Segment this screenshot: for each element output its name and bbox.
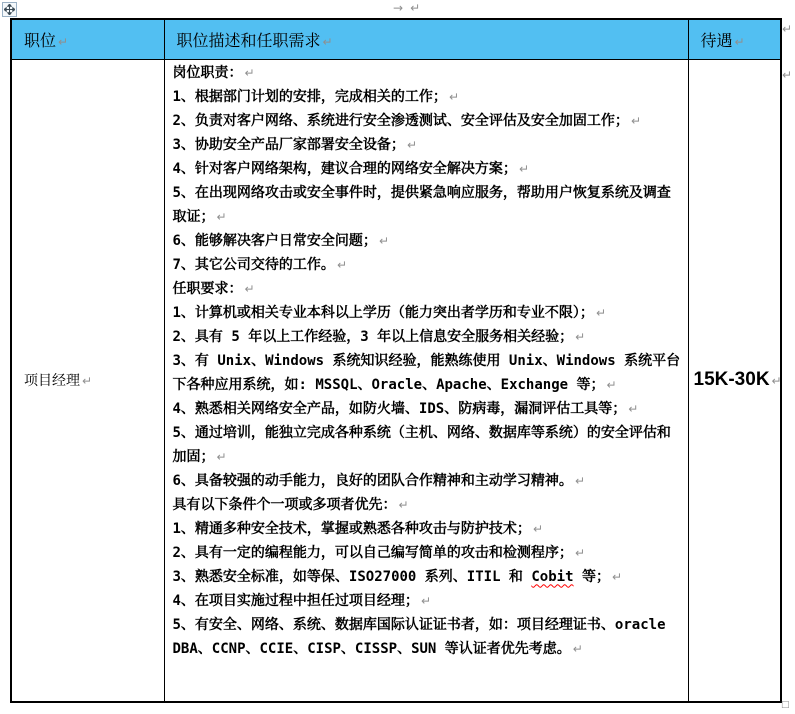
paragraph-text[interactable]: 1、根据部门计划的安排，完成相关的工作； xyxy=(173,89,447,105)
paragraph-mark: ↵ xyxy=(323,35,333,49)
paragraph-mark: ↵ xyxy=(772,374,782,388)
paragraph-mark-icon: ↵ xyxy=(410,1,420,15)
paragraph-mark: ↵ xyxy=(573,642,583,656)
description-paragraph[interactable]: 2、具有一定的编程能力，可以自己编写简单的攻击和检测程序；↵ xyxy=(173,541,682,565)
paragraph-mark: ↵ xyxy=(58,35,68,49)
paragraph-text[interactable]: 5、通过培训，能独立完成各种系统（主机、网络、数据库等系统）的安全评估和加固； xyxy=(173,425,671,465)
paragraph-mark: ↵ xyxy=(217,210,227,224)
paragraph-text[interactable]: 5、有安全、网络、系统、数据库国际认证证书者，如：项目经理证书、oracle D… xyxy=(173,617,666,657)
paragraph-text[interactable]: 2、具有 5 年以上工作经验，3 年以上信息安全服务相关经验； xyxy=(173,329,574,345)
description-paragraph[interactable]: 2、负责对客户网络、系统进行安全渗透测试、安全评估及安全加固工作；↵ xyxy=(173,109,682,133)
description-paragraph[interactable]: 1、计算机或相关专业本科以上学历（能力突出者学历和专业不限）；↵ xyxy=(173,301,682,325)
description-paragraph[interactable]: 3、有 Unix、Windows 系统知识经验，能熟练使用 Unix、Windo… xyxy=(173,349,682,397)
salary-cell[interactable]: 15K-30K↵ xyxy=(688,59,781,702)
paragraph-mark: ↵ xyxy=(217,450,227,464)
paragraph-mark: ↵ xyxy=(533,522,543,536)
header-cell-position[interactable]: 职位↵ xyxy=(11,19,164,59)
paragraph-text[interactable]: 4、熟悉相关网络安全产品，如防火墙、IDS、防病毒，漏洞评估工具等； xyxy=(173,401,627,417)
header-cell-description[interactable]: 职位描述和任职需求↵ xyxy=(164,19,688,59)
paragraph-text[interactable]: 具有以下条件个一项或多项者优先： xyxy=(173,497,397,513)
paragraph-text[interactable]: 1、精通多种安全技术，掌握或熟悉各种攻击与防护技术； xyxy=(173,521,531,537)
spellcheck-flagged-text[interactable]: Cobit xyxy=(531,569,573,585)
paragraph-mark: ↵ xyxy=(575,546,585,560)
paragraph-text[interactable]: 5、在出现网络攻击或安全事件时，提供紧急响应服务，帮助用户恢复系统及调查取证； xyxy=(173,185,671,225)
paragraph-text[interactable]: 3、有 Unix、Windows 系统知识经验，能熟练使用 Unix、Windo… xyxy=(173,353,681,393)
paragraph-mark: ↵ xyxy=(407,138,417,152)
description-paragraph[interactable]: 4、针对客户网络架构，建议合理的网络安全解决方案；↵ xyxy=(173,157,682,181)
end-of-row-mark: ↵ xyxy=(782,68,792,82)
paragraph-text[interactable]: 等； xyxy=(574,569,610,585)
job-description-table: 职位↵ 职位描述和任职需求↵ 待遇↵ 项目经理↵ 岗位职责：↵1、根据部门计划的… xyxy=(10,18,782,703)
description-paragraph-list: 岗位职责：↵1、根据部门计划的安排，完成相关的工作；↵2、负责对客户网络、系统进… xyxy=(173,61,682,661)
description-paragraph[interactable]: 4、熟悉相关网络安全产品，如防火墙、IDS、防病毒，漏洞评估工具等；↵ xyxy=(173,397,682,421)
description-paragraph[interactable]: 6、能够解决客户日常安全问题；↵ xyxy=(173,229,682,253)
tab-mark-icon: → xyxy=(393,1,403,15)
description-paragraph[interactable]: 6、具备较强的动手能力，良好的团队合作精神和主动学习精神。↵ xyxy=(173,469,682,493)
paragraph-text[interactable]: 6、能够解决客户日常安全问题； xyxy=(173,233,377,249)
description-paragraph[interactable]: 7、其它公司交待的工作。↵ xyxy=(173,253,682,277)
paragraph-mark: ↵ xyxy=(399,498,409,512)
description-paragraph[interactable]: 3、熟悉安全标准，如等保、ISO27000 系列、ITIL 和 Cobit 等；… xyxy=(173,565,682,589)
paragraph-text[interactable]: 3、协助安全产品厂家部署安全设备； xyxy=(173,137,405,153)
paragraph-text[interactable]: 岗位职责： xyxy=(173,65,243,81)
paragraph-mark: ↵ xyxy=(449,90,459,104)
description-cell[interactable]: 岗位职责：↵1、根据部门计划的安排，完成相关的工作；↵2、负责对客户网络、系统进… xyxy=(164,59,688,702)
paragraph-mark: ↵ xyxy=(519,162,529,176)
paragraph-mark: ↵ xyxy=(575,330,585,344)
document-page: →↵ 职位↵ 职位描述和任职需求↵ 待遇↵ 项目经理↵ 岗位职责：↵1、根据部门… xyxy=(0,0,795,714)
paragraph-text[interactable]: 4、针对客户网络架构，建议合理的网络安全解决方案； xyxy=(173,161,517,177)
paragraph-mark: ↵ xyxy=(631,114,641,128)
description-paragraph[interactable]: 任职要求：↵ xyxy=(173,277,682,301)
paragraph-text[interactable]: 7、其它公司交待的工作。 xyxy=(173,257,335,273)
description-paragraph[interactable]: 5、通过培训，能独立完成各种系统（主机、网络、数据库等系统）的安全评估和加固；↵ xyxy=(173,421,682,469)
move-arrows-icon xyxy=(4,4,15,15)
paragraph-mark: ↵ xyxy=(245,66,255,80)
end-of-row-mark: ↵ xyxy=(782,22,792,36)
paragraph-mark: ↵ xyxy=(337,258,347,272)
description-paragraph[interactable]: 1、根据部门计划的安排，完成相关的工作；↵ xyxy=(173,85,682,109)
paragraph-mark: ↵ xyxy=(735,35,745,49)
header-cell-salary[interactable]: 待遇↵ xyxy=(688,19,781,59)
paragraph-mark: ↵ xyxy=(596,306,606,320)
below-table-mark: □ xyxy=(781,700,790,710)
paragraph-mark: ↵ xyxy=(612,570,622,584)
paragraph-text[interactable]: 2、负责对客户网络、系统进行安全渗透测试、安全评估及安全加固工作； xyxy=(173,113,629,129)
header-position-label: 职位 xyxy=(24,33,56,50)
paragraph-mark: ↵ xyxy=(421,594,431,608)
position-cell[interactable]: 项目经理↵ xyxy=(11,59,164,702)
paragraph-text[interactable]: 6、具备较强的动手能力，良好的团队合作精神和主动学习精神。 xyxy=(173,473,573,489)
description-paragraph[interactable]: 4、在项目实施过程中担任过项目经理；↵ xyxy=(173,589,682,613)
paragraph-text[interactable]: 任职要求： xyxy=(173,281,243,297)
description-paragraph[interactable]: 2、具有 5 年以上工作经验，3 年以上信息安全服务相关经验；↵ xyxy=(173,325,682,349)
header-description-label: 职位描述和任职需求 xyxy=(177,33,321,50)
header-salary-label: 待遇 xyxy=(701,33,733,50)
description-paragraph[interactable]: 3、协助安全产品厂家部署安全设备；↵ xyxy=(173,133,682,157)
paragraph-mark: ↵ xyxy=(82,374,92,388)
paragraph-text[interactable]: 2、具有一定的编程能力，可以自己编写简单的攻击和检测程序； xyxy=(173,545,573,561)
paragraph-mark: ↵ xyxy=(575,474,585,488)
header-row: 职位↵ 职位描述和任职需求↵ 待遇↵ xyxy=(11,19,781,59)
formatting-marks-above-table: →↵ xyxy=(393,0,427,16)
paragraph-text[interactable]: 1、计算机或相关专业本科以上学历（能力突出者学历和专业不限）； xyxy=(173,305,594,321)
description-paragraph[interactable]: 5、有安全、网络、系统、数据库国际认证证书者，如：项目经理证书、oracle D… xyxy=(173,613,682,661)
description-paragraph[interactable]: 1、精通多种安全技术，掌握或熟悉各种攻击与防护技术；↵ xyxy=(173,517,682,541)
table-move-handle[interactable] xyxy=(2,2,17,17)
paragraph-text[interactable]: 3、熟悉安全标准，如等保、ISO27000 系列、ITIL 和 xyxy=(173,569,532,585)
description-paragraph[interactable]: 具有以下条件个一项或多项者优先：↵ xyxy=(173,493,682,517)
paragraph-mark: ↵ xyxy=(379,234,389,248)
description-paragraph[interactable]: 5、在出现网络攻击或安全事件时，提供紧急响应服务，帮助用户恢复系统及调查取证；↵ xyxy=(173,181,682,229)
paragraph-mark: ↵ xyxy=(245,282,255,296)
salary-value[interactable]: 15K-30K xyxy=(694,369,770,390)
paragraph-mark: ↵ xyxy=(607,378,617,392)
description-paragraph[interactable]: 岗位职责：↵ xyxy=(173,61,682,85)
job-row: 项目经理↵ 岗位职责：↵1、根据部门计划的安排，完成相关的工作；↵2、负责对客户… xyxy=(11,59,781,702)
position-value[interactable]: 项目经理 xyxy=(24,372,80,388)
paragraph-mark: ↵ xyxy=(628,402,638,416)
paragraph-text[interactable]: 4、在项目实施过程中担任过项目经理； xyxy=(173,593,419,609)
